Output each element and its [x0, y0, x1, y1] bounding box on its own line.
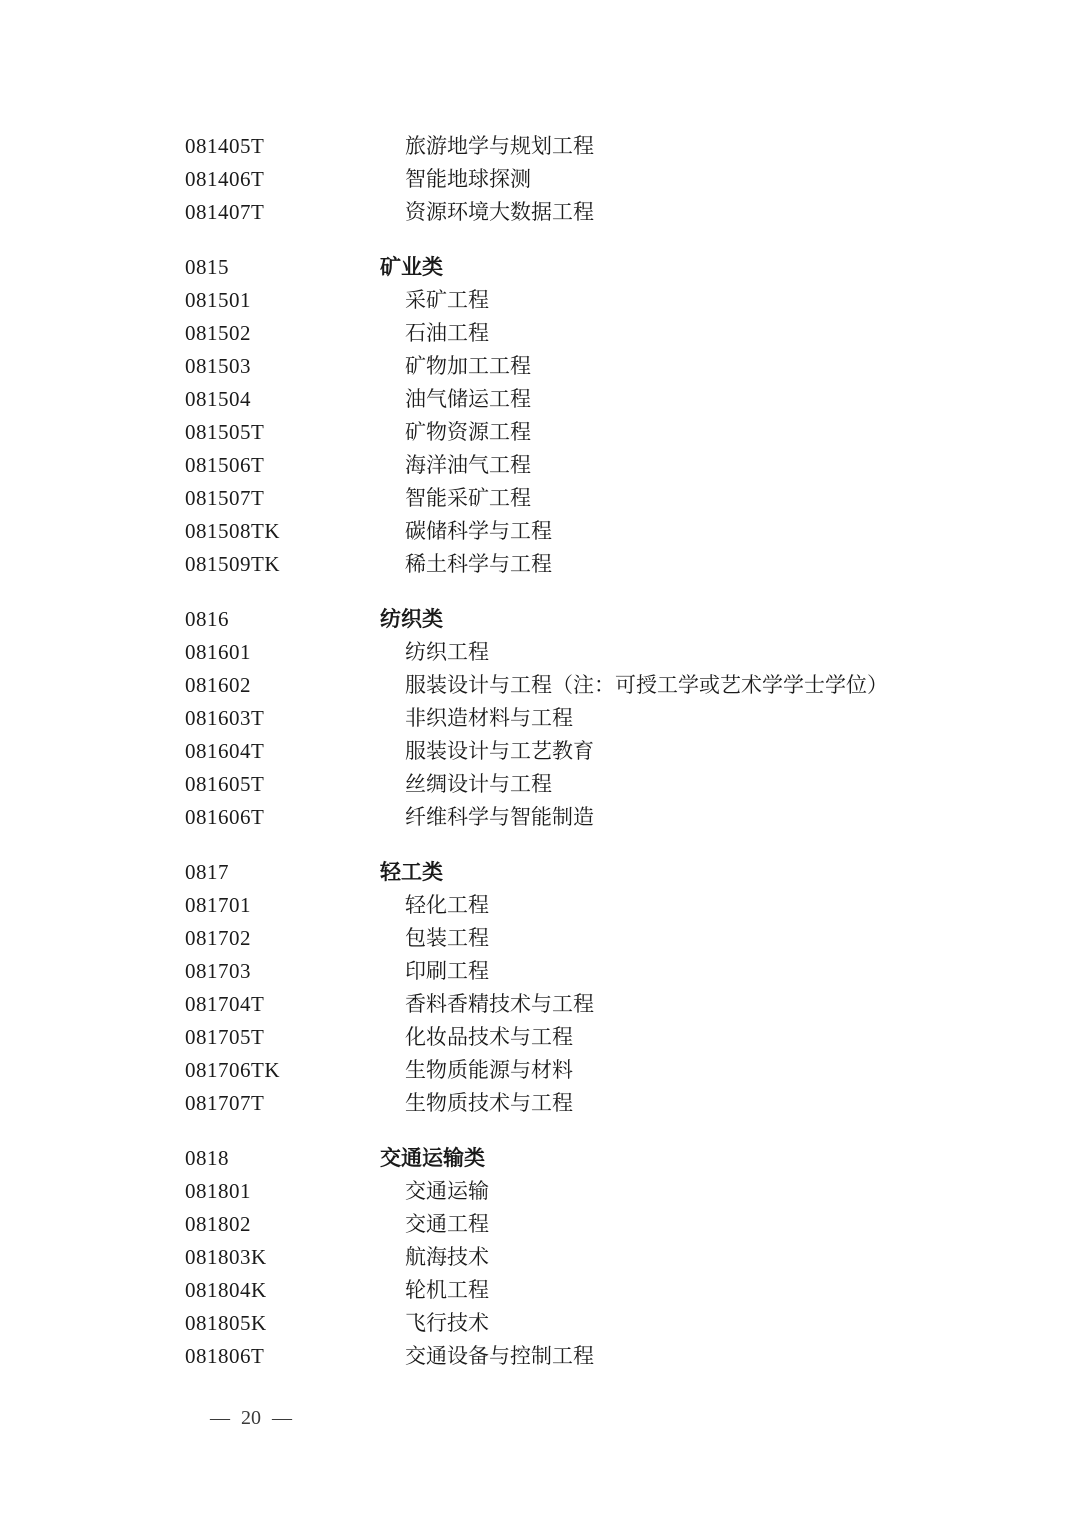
- major-row: 081406T智能地球探测: [185, 163, 1040, 196]
- major-row: 081606T纤维科学与智能制造: [185, 801, 1040, 834]
- major-name: 印刷工程: [380, 955, 1040, 988]
- major-name: 矿物资源工程: [380, 416, 1040, 449]
- major-name: 纤维科学与智能制造: [380, 801, 1040, 834]
- major-name: 非织造材料与工程: [380, 702, 1040, 735]
- major-code: 081602: [185, 669, 380, 702]
- major-code: 081806T: [185, 1340, 380, 1373]
- major-name: 交通设备与控制工程: [380, 1340, 1040, 1373]
- major-code: 081605T: [185, 768, 380, 801]
- major-code: 081802: [185, 1208, 380, 1241]
- major-name: 化妆品技术与工程: [380, 1021, 1040, 1054]
- major-name: 纺织工程: [380, 636, 1040, 669]
- major-code: 081707T: [185, 1087, 380, 1120]
- major-code: 081508TK: [185, 515, 380, 548]
- major-row: 081703印刷工程: [185, 955, 1040, 988]
- major-code: 081406T: [185, 163, 380, 196]
- document-page: 081405T旅游地学与规划工程081406T智能地球探测081407T资源环境…: [0, 0, 1080, 1527]
- major-name: 服装设计与工程（注：可授工学或艺术学学士学位）: [380, 669, 1040, 702]
- major-code: 081509TK: [185, 548, 380, 581]
- major-name: 丝绸设计与工程: [380, 768, 1040, 801]
- major-row: 081603T非织造材料与工程: [185, 702, 1040, 735]
- page-footer: — 20 —: [185, 1407, 317, 1430]
- major-name: 飞行技术: [380, 1307, 1040, 1340]
- major-row: 081507T智能采矿工程: [185, 482, 1040, 515]
- major-name: 交通运输: [380, 1175, 1040, 1208]
- major-code: 081703: [185, 955, 380, 988]
- major-row: 081508TK碳储科学与工程: [185, 515, 1040, 548]
- major-name: 轻化工程: [380, 889, 1040, 922]
- major-name: 香料香精技术与工程: [380, 988, 1040, 1021]
- major-code: 081804K: [185, 1274, 380, 1307]
- major-row: 081707T生物质技术与工程: [185, 1087, 1040, 1120]
- major-row: 081803K航海技术: [185, 1241, 1040, 1274]
- major-name: 石油工程: [380, 317, 1040, 350]
- major-row: 081503矿物加工工程: [185, 350, 1040, 383]
- major-name: 航海技术: [380, 1241, 1040, 1274]
- major-name: 生物质技术与工程: [380, 1087, 1040, 1120]
- category-name: 轻工类: [380, 856, 1040, 889]
- major-row: 081509TK稀土科学与工程: [185, 548, 1040, 581]
- major-name: 包装工程: [380, 922, 1040, 955]
- major-name: 矿物加工工程: [380, 350, 1040, 383]
- major-row: 081602服装设计与工程（注：可授工学或艺术学学士学位）: [185, 669, 1040, 702]
- major-code: 081701: [185, 889, 380, 922]
- major-row: 081805K飞行技术: [185, 1307, 1040, 1340]
- category-row: 0815矿业类: [185, 251, 1040, 284]
- major-code: 081805K: [185, 1307, 380, 1340]
- section: 081405T旅游地学与规划工程081406T智能地球探测081407T资源环境…: [185, 130, 1040, 229]
- major-code: 081405T: [185, 130, 380, 163]
- major-name: 海洋油气工程: [380, 449, 1040, 482]
- major-name: 交通工程: [380, 1208, 1040, 1241]
- major-row: 081505T矿物资源工程: [185, 416, 1040, 449]
- category-code: 0816: [185, 603, 380, 636]
- category-code: 0815: [185, 251, 380, 284]
- section: 0816纺织类081601纺织工程081602服装设计与工程（注：可授工学或艺术…: [185, 603, 1040, 834]
- major-code: 081706TK: [185, 1054, 380, 1087]
- major-code: 081505T: [185, 416, 380, 449]
- major-row: 081407T资源环境大数据工程: [185, 196, 1040, 229]
- major-name: 智能地球探测: [380, 163, 1040, 196]
- major-row: 081704T香料香精技术与工程: [185, 988, 1040, 1021]
- major-row: 081801交通运输: [185, 1175, 1040, 1208]
- major-code: 081705T: [185, 1021, 380, 1054]
- major-name: 稀土科学与工程: [380, 548, 1040, 581]
- category-name: 矿业类: [380, 251, 1040, 284]
- major-code: 081506T: [185, 449, 380, 482]
- major-row: 081504油气储运工程: [185, 383, 1040, 416]
- major-row: 081802交通工程: [185, 1208, 1040, 1241]
- major-code: 081603T: [185, 702, 380, 735]
- major-name: 轮机工程: [380, 1274, 1040, 1307]
- major-row: 081502石油工程: [185, 317, 1040, 350]
- major-code: 081702: [185, 922, 380, 955]
- major-code: 081504: [185, 383, 380, 416]
- major-row: 081705T化妆品技术与工程: [185, 1021, 1040, 1054]
- major-name: 采矿工程: [380, 284, 1040, 317]
- major-row: 081405T旅游地学与规划工程: [185, 130, 1040, 163]
- category-row: 0816纺织类: [185, 603, 1040, 636]
- major-code: 081601: [185, 636, 380, 669]
- major-code: 081801: [185, 1175, 380, 1208]
- major-code: 081407T: [185, 196, 380, 229]
- major-row: 081706TK生物质能源与材料: [185, 1054, 1040, 1087]
- major-row: 081806T交通设备与控制工程: [185, 1340, 1040, 1373]
- majors-list: 081405T旅游地学与规划工程081406T智能地球探测081407T资源环境…: [185, 130, 1040, 1373]
- page-number-label: — 20 —: [210, 1407, 292, 1429]
- major-row: 081701轻化工程: [185, 889, 1040, 922]
- category-code: 0817: [185, 856, 380, 889]
- major-code: 081606T: [185, 801, 380, 834]
- major-code: 081501: [185, 284, 380, 317]
- category-row: 0818交通运输类: [185, 1142, 1040, 1175]
- major-row: 081506T海洋油气工程: [185, 449, 1040, 482]
- major-code: 081803K: [185, 1241, 380, 1274]
- major-row: 081604T服装设计与工艺教育: [185, 735, 1040, 768]
- section: 0817轻工类081701轻化工程081702包装工程081703印刷工程081…: [185, 856, 1040, 1120]
- major-row: 081804K轮机工程: [185, 1274, 1040, 1307]
- section: 0815矿业类081501采矿工程081502石油工程081503矿物加工工程0…: [185, 251, 1040, 581]
- major-code: 081704T: [185, 988, 380, 1021]
- major-name: 油气储运工程: [380, 383, 1040, 416]
- major-name: 资源环境大数据工程: [380, 196, 1040, 229]
- major-row: 081702包装工程: [185, 922, 1040, 955]
- major-name: 碳储科学与工程: [380, 515, 1040, 548]
- major-code: 081503: [185, 350, 380, 383]
- major-row: 081605T丝绸设计与工程: [185, 768, 1040, 801]
- category-name: 纺织类: [380, 603, 1040, 636]
- major-name: 服装设计与工艺教育: [380, 735, 1040, 768]
- major-code: 081507T: [185, 482, 380, 515]
- major-row: 081501采矿工程: [185, 284, 1040, 317]
- major-name: 旅游地学与规划工程: [380, 130, 1040, 163]
- category-code: 0818: [185, 1142, 380, 1175]
- major-code: 081502: [185, 317, 380, 350]
- major-name: 生物质能源与材料: [380, 1054, 1040, 1087]
- category-name: 交通运输类: [380, 1142, 1040, 1175]
- major-name: 智能采矿工程: [380, 482, 1040, 515]
- major-row: 081601纺织工程: [185, 636, 1040, 669]
- major-code: 081604T: [185, 735, 380, 768]
- section: 0818交通运输类081801交通运输081802交通工程081803K航海技术…: [185, 1142, 1040, 1373]
- category-row: 0817轻工类: [185, 856, 1040, 889]
